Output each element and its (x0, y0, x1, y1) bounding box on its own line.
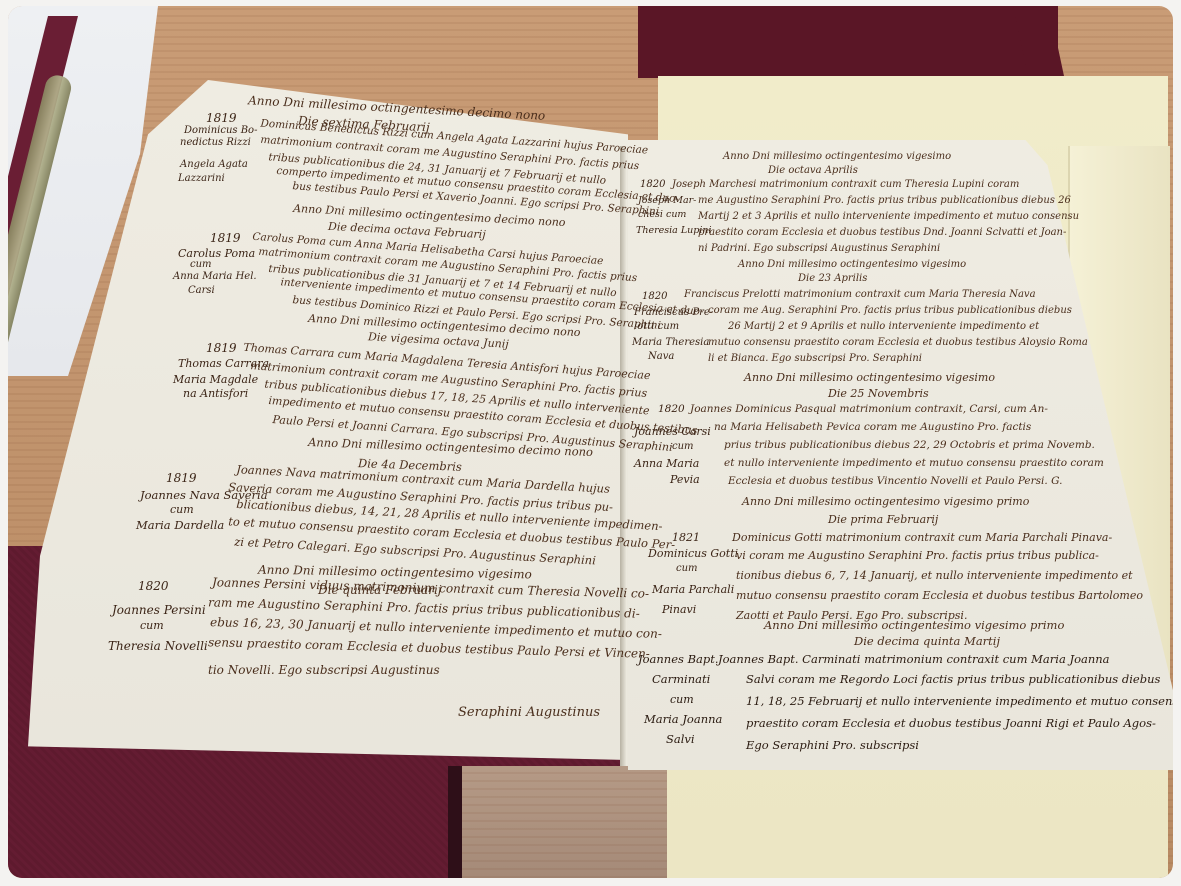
entry-line: Dominicus Gotti matrimonium contraxit cu… (732, 532, 1112, 543)
margin-name: lotti cum (634, 322, 679, 332)
margin-name: Pinavi (662, 604, 696, 615)
entry-year: 1821 (672, 532, 700, 543)
entry-heading: Anno Dni millesimo octingentesimo vigesi… (738, 260, 966, 270)
margin-name: Franciscus Pre- (634, 308, 713, 318)
margin-name: cum (190, 260, 212, 270)
margin-name: Joannes Bapt. (638, 654, 719, 666)
margin-name: Maria Theresia (632, 338, 709, 348)
margin-name: cum (672, 442, 694, 452)
entry-date: Die octava Aprilis (768, 166, 858, 176)
entry-line: mutuo consensu praestito coram Ecclesia … (708, 338, 1088, 348)
margin-name: Maria Magdale (173, 374, 258, 385)
entry-date: Die decima quinta Martij (854, 636, 1000, 648)
entry-date: Die 25 Novembris (828, 388, 929, 399)
signature: Seraphini Augustinus (458, 706, 600, 719)
margin-name: cum (670, 694, 694, 705)
entry-line: Franciscus Prelotti matrimonium contraxi… (684, 290, 1036, 300)
margin-name: chesi cum (638, 210, 686, 220)
margin-name: cum (170, 504, 194, 515)
entry-line: Ego Seraphini Pro. subscripsi (746, 740, 919, 752)
entry-line: Joannes Bapt. Carminati matrimonium cont… (718, 654, 1110, 666)
entry-line: 11, 18, 25 Februarij et nullo intervenie… (746, 696, 1173, 708)
margin-name: Lazzarini (178, 174, 225, 184)
margin-name: Angela Agata (180, 160, 248, 170)
margin-name: Joannes Persini (112, 604, 206, 616)
entry-line: Martij 2 et 3 Aprilis et nullo interveni… (698, 212, 1079, 222)
left-page-text: Anno Dni millesimo octingentesimo decimo… (28, 80, 628, 760)
entry-date: Die 23 Aprilis (798, 274, 867, 284)
margin-name: Pevia (670, 474, 700, 485)
entry-line: praestito coram Ecclesia et duobus testi… (698, 228, 1066, 238)
margin-name: Carsi (188, 286, 215, 296)
entry-heading: Anno Dni millesimo octingentesimo vigesi… (764, 620, 1064, 632)
right-page-text: Anno Dni millesimo octingentesimo vigesi… (628, 140, 1173, 770)
burgundy-cover-top (638, 6, 1058, 78)
margin-name: Anna Maria Hel. (173, 272, 257, 282)
margin-name: cum (140, 620, 164, 631)
entry-year: 1820 (658, 404, 685, 415)
entry-line: Salvi coram me Regordo Loci factis prius… (746, 674, 1160, 686)
entry-heading: Anno Dni millesimo octingentesimo vigesi… (723, 152, 951, 162)
margin-name: Carminati (652, 674, 710, 686)
entry-line: li et Bianca. Ego subscripsi Pro. Seraph… (708, 354, 922, 364)
margin-name: Salvi (666, 734, 695, 746)
entry-line: ni Padrini. Ego subscripsi Augustinus Se… (698, 244, 940, 254)
entry-line: et nullo interveniente impedimento et mu… (724, 458, 1104, 469)
entry-line: praestito coram Ecclesia et duobus testi… (746, 718, 1156, 730)
entry-line: vi coram me Augustino Seraphini Pro. fac… (736, 550, 1099, 561)
entry-line: tio Novelli. Ego subscripsi Augustinus (208, 664, 440, 676)
entry-line: tionibus diebus 6, 7, 14 Januarij, et nu… (736, 570, 1133, 581)
margin-name: cum (676, 564, 698, 574)
entry-heading: Anno Dni millesimo octingentesimo vigesi… (742, 496, 1029, 507)
margin-name: Dominicus Bo- (184, 126, 257, 136)
entry-year: 1820 (640, 180, 665, 190)
entry-line: sensu praestito coram Ecclesia et duobus… (208, 636, 650, 660)
entry-year: 1820 (138, 580, 169, 592)
entry-line: mutuo consensu praestito coram Ecclesia … (736, 590, 1143, 601)
margin-name: Joseph Mar- (638, 196, 696, 206)
entry-year: 1819 (206, 342, 237, 354)
entry-heading: Anno Dni millesimo octingentesimo decimo… (248, 94, 546, 122)
entry-year: 1819 (166, 472, 197, 484)
entry-line: na Maria Helisabeth Pevica coram me Augu… (714, 422, 1031, 433)
entry-line: prius tribus publicationibus diebus 22, … (724, 440, 1095, 451)
margin-name: Nava (648, 352, 674, 362)
margin-name: Anna Maria (634, 458, 699, 469)
margin-name: Dominicus Gotti (648, 548, 738, 559)
entry-line: Joseph Marchesi matrimonium contraxit cu… (672, 180, 1019, 190)
entry-line: 26 Martij 2 et 9 Aprilis et nullo interv… (728, 322, 1039, 332)
margin-name: Maria Parchali (652, 584, 734, 595)
margin-name: nedictus Rizzi (180, 138, 251, 148)
wooden-table-bottom (448, 766, 667, 878)
margin-name: Theresia Novelli (108, 640, 208, 652)
margin-name: Carolus Poma (178, 248, 255, 259)
entry-heading: Anno Dni millesimo octingentesimo vigesi… (744, 372, 995, 383)
entry-date: Die prima Februarij (828, 514, 938, 525)
margin-name: na Antisfori (183, 388, 248, 399)
entry-year: 1819 (206, 112, 237, 124)
entry-year: 1819 (210, 232, 241, 244)
margin-name: Joannes Carsi (634, 426, 711, 437)
margin-name: Maria Joanna (644, 714, 722, 726)
entry-line: Joannes Dominicus Pasqual matrimonium co… (690, 404, 1048, 415)
margin-name: Maria Dardella (136, 520, 224, 532)
entry-line: me Augustino Seraphini Pro. factis prius… (698, 196, 1071, 206)
entry-line: Ecclesia et duobus testibus Vincentio No… (728, 476, 1062, 487)
entry-year: 1820 (642, 292, 667, 302)
entry-line: coram me Aug. Seraphini Pro. factis priu… (708, 306, 1072, 316)
photo-scene: Anno Dni millesimo octingentesimo decimo… (8, 6, 1173, 878)
